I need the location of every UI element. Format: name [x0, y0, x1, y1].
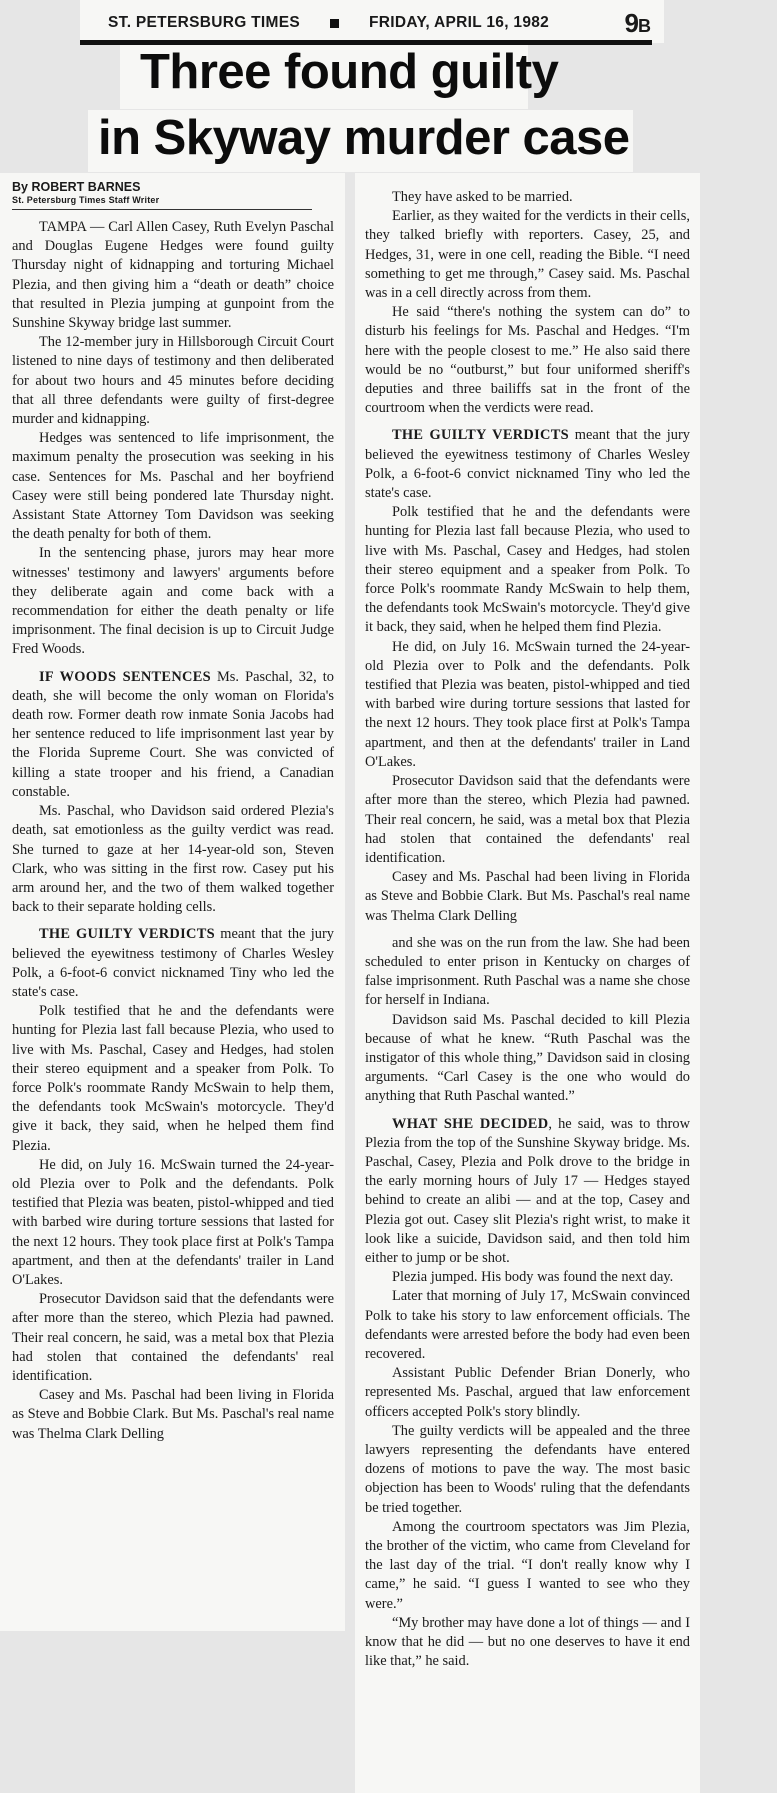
paragraph-text: Among the courtroom spectators was Jim P…: [365, 1519, 690, 1612]
article-paragraph: They have asked to be married.: [365, 188, 690, 207]
paragraph-text: He said “there's nothing the system can …: [365, 304, 690, 416]
paragraph-text: Prosecutor Davidson said that the defend…: [365, 773, 690, 866]
article-paragraph: The guilty verdicts will be appealed and…: [365, 1422, 690, 1518]
article-paragraph: Later that morning of July 17, McSwain c…: [365, 1287, 690, 1364]
paragraph-text: “My brother may have done a lot of thing…: [365, 1615, 690, 1669]
article-paragraph: THE GUILTY VERDICTS meant that the jury …: [365, 426, 690, 503]
headline-line-1: Three found guilty: [140, 48, 558, 97]
article-paragraph: IF WOODS SENTENCES Ms. Paschal, 32, to d…: [12, 668, 334, 802]
article-paragraph: Casey and Ms. Paschal had been living in…: [365, 868, 690, 926]
article-paragraph: The 12-member jury in Hillsborough Circu…: [12, 333, 334, 429]
article-paragraph: In the sentencing phase, jurors may hear…: [12, 544, 334, 659]
article-paragraph: “My brother may have done a lot of thing…: [365, 1614, 690, 1672]
paragraph-text: Plezia jumped. His body was found the ne…: [392, 1269, 673, 1285]
paragraph-text: Prosecutor Davidson said that the defend…: [12, 1291, 334, 1384]
paragraph-text: Polk testified that he and the defendant…: [365, 504, 690, 635]
byline-role: St. Petersburg Times Staff Writer: [12, 195, 312, 210]
paragraph-text: Casey and Ms. Paschal had been living in…: [365, 869, 690, 923]
section-lead-in: WHAT SHE DECIDED: [392, 1116, 548, 1132]
paragraph-text: and she was on the run from the law. She…: [365, 935, 690, 1009]
article-paragraph: He did, on July 16. McSwain turned the 2…: [12, 1156, 334, 1290]
paragraph-text: The guilty verdicts will be appealed and…: [365, 1423, 690, 1516]
article-paragraph: Davidson said Ms. Paschal decided to kil…: [365, 1011, 690, 1107]
masthead: ST. PETERSBURG TIMES FRIDAY, APRIL 16, 1…: [80, 6, 652, 45]
paragraph-text: Polk testified that he and the defendant…: [12, 1003, 334, 1153]
paragraph-text: He did, on July 16. McSwain turned the 2…: [12, 1157, 334, 1288]
section-lead-in: IF WOODS SENTENCES: [39, 669, 211, 685]
paragraph-text: He did, on July 16. McSwain turned the 2…: [365, 639, 690, 770]
newspaper-name: ST. PETERSBURG TIMES: [108, 14, 300, 32]
article-paragraph: Assistant Public Defender Brian Donerly,…: [365, 1364, 690, 1422]
article-paragraph: Among the courtroom spectators was Jim P…: [365, 1518, 690, 1614]
article-paragraph: Ms. Paschal, who Davidson said ordered P…: [12, 802, 334, 917]
article-paragraph: Polk testified that he and the defendant…: [12, 1002, 334, 1156]
article-paragraph: TAMPA — Carl Allen Casey, Ruth Evelyn Pa…: [12, 218, 334, 333]
paragraph-text: Earlier, as they waited for the verdicts…: [365, 208, 690, 301]
article-paragraph: Prosecutor Davidson said that the defend…: [12, 1290, 334, 1386]
left-paragraphs: TAMPA — Carl Allen Casey, Ruth Evelyn Pa…: [12, 218, 334, 1444]
section-lead-in: THE GUILTY VERDICTS: [39, 926, 215, 942]
article-paragraph: Hedges was sentenced to life imprisonmen…: [12, 429, 334, 544]
article-paragraph: THE GUILTY VERDICTS meant that the jury …: [12, 925, 334, 1002]
article-column-left: By ROBERT BARNES St. Petersburg Times St…: [12, 180, 334, 1444]
paragraph-text: Hedges was sentenced to life imprisonmen…: [12, 430, 334, 542]
paragraph-text: TAMPA — Carl Allen Casey, Ruth Evelyn Pa…: [12, 219, 334, 331]
bullet-icon: [330, 19, 339, 28]
headline-line-2: in Skyway murder case: [98, 114, 630, 163]
paragraph-text: The 12-member jury in Hillsborough Circu…: [12, 334, 334, 427]
article-paragraph: and she was on the run from the law. She…: [365, 934, 690, 1011]
paragraph-text: Later that morning of July 17, McSwain c…: [365, 1288, 690, 1362]
article-paragraph: Polk testified that he and the defendant…: [365, 503, 690, 637]
paragraph-text: Assistant Public Defender Brian Donerly,…: [365, 1365, 690, 1419]
byline-author: By ROBERT BARNES: [12, 180, 334, 195]
section-lead-in: THE GUILTY VERDICTS: [392, 427, 569, 443]
paragraph-text: , he said, was to throw Plezia from the …: [365, 1116, 690, 1266]
paragraph-text: In the sentencing phase, jurors may hear…: [12, 545, 334, 657]
article-paragraph: He said “there's nothing the system can …: [365, 303, 690, 418]
article-column-right: They have asked to be married.Earlier, a…: [365, 188, 690, 1671]
paragraph-text: Ms. Paschal, who Davidson said ordered P…: [12, 803, 334, 915]
article-paragraph: He did, on July 16. McSwain turned the 2…: [365, 638, 690, 772]
article-paragraph: WHAT SHE DECIDED, he said, was to throw …: [365, 1115, 690, 1269]
publication-date: FRIDAY, APRIL 16, 1982: [369, 14, 549, 32]
paragraph-text: Davidson said Ms. Paschal decided to kil…: [365, 1012, 690, 1105]
article-paragraph: Prosecutor Davidson said that the defend…: [365, 772, 690, 868]
article-paragraph: Plezia jumped. His body was found the ne…: [365, 1268, 690, 1287]
paragraph-text: They have asked to be married.: [392, 189, 573, 205]
right-paragraphs: They have asked to be married.Earlier, a…: [365, 188, 690, 1671]
paragraph-text: Casey and Ms. Paschal had been living in…: [12, 1387, 334, 1441]
page-number: 9B: [625, 8, 650, 39]
article-paragraph: Earlier, as they waited for the verdicts…: [365, 207, 690, 303]
article-paragraph: Casey and Ms. Paschal had been living in…: [12, 1386, 334, 1444]
paragraph-text: Ms. Paschal, 32, to death, she will beco…: [12, 669, 334, 800]
